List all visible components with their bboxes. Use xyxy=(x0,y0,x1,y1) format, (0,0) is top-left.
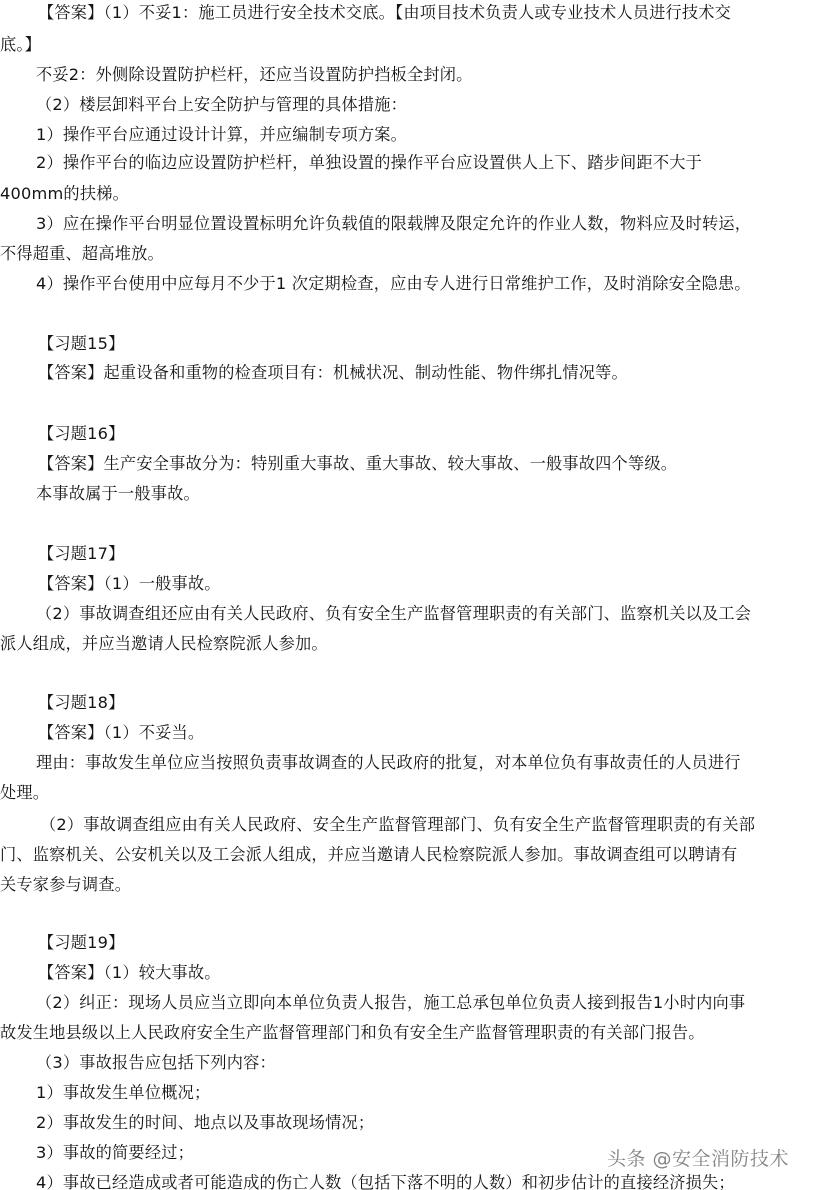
text-line: 2）事故发生的时间、地点以及事故现场情况； xyxy=(36,1112,374,1134)
text-line: 本事故属于一般事故。 xyxy=(36,483,200,505)
document-page: 【答案】（1）不妥1：施工员进行安全技术交底。【由项目技术负责人或专业技术人员进… xyxy=(0,0,820,1190)
text-line: 1）操作平台应通过设计计算，并应编制专项方案。 xyxy=(36,124,407,146)
text-line: 【习题19】 xyxy=(38,932,125,954)
text-line: （2）楼层卸料平台上安全防护与管理的具体措施： xyxy=(36,94,407,116)
text-line: 【习题17】 xyxy=(38,543,125,565)
text-line: 门、监察机关、公安机关以及工会派人组成，并应当邀请人民检察院派人参加。事故调查组… xyxy=(0,844,737,866)
text-line: 【答案】（1）较大事故。 xyxy=(38,962,221,984)
text-line: 400mm的扶梯。 xyxy=(0,183,129,205)
text-line: （2）事故调查组还应由有关人民政府、负有安全生产监督管理职责的有关部门、监察机关… xyxy=(36,603,751,625)
text-line: 故发生地县级以上人民政府安全生产监督管理部门和负有安全生产监督管理职责的有关部门… xyxy=(0,1022,705,1044)
text-line: 不得超重、超高堆放。 xyxy=(0,243,164,265)
text-line: （2）纠正：现场人员应当立即向本单位负责人报告，施工总承包单位负责人接到报告1小… xyxy=(36,992,745,1014)
text-line: 1）事故发生单位概况； xyxy=(36,1082,210,1104)
text-line: 3）应在操作平台明显位置设置标明允许负载值的限载牌及限定允许的作业人数，物料应及… xyxy=(36,213,751,235)
text-line: 4）事故已经造成或者可能造成的伤亡人数（包括下落不明的人数）和初步估计的直接经济… xyxy=(36,1172,735,1190)
text-line: 【习题18】 xyxy=(38,692,125,714)
text-line: 3）事故的简要经过； xyxy=(36,1142,194,1164)
text-line: 关专家参与调查。 xyxy=(0,874,131,896)
text-line: 【答案】起重设备和重物的检查项目有：机械状况、制动性能、物件绑扎情况等。 xyxy=(38,362,628,384)
text-line: （2）事故调查组应由有关人民政府、安全生产监督管理部门、负有安全生产监督管理职责… xyxy=(40,814,755,836)
text-line: （3）事故报告应包括下列内容： xyxy=(36,1052,276,1074)
text-line: 【习题15】 xyxy=(38,333,125,355)
text-line: 处理。 xyxy=(0,782,49,804)
text-line: 【答案】（1）不妥1：施工员进行安全技术交底。【由项目技术负责人或专业技术人员进… xyxy=(38,2,731,24)
text-line: 【习题16】 xyxy=(38,423,125,445)
text-line: 【答案】生产安全事故分为：特别重大事故、重大事故、较大事故、一般事故四个等级。 xyxy=(38,453,677,475)
text-line: 【答案】（1）不妥当。 xyxy=(38,722,204,744)
text-line: 2）操作平台的临边应设置防护栏杆，单独设置的操作平台应设置供人上下、踏步间距不大… xyxy=(36,152,702,174)
text-line: 【答案】（1）一般事故。 xyxy=(38,573,221,595)
text-line: 理由：事故发生单位应当按照负责事故调查的人民政府的批复，对本单位负有事故责任的人… xyxy=(36,752,741,774)
text-line: 底。】 xyxy=(0,34,41,56)
watermark: 头条 @安全消防技术 xyxy=(607,1147,789,1171)
text-line: 4）操作平台使用中应每月不少于1 次定期检查，应由专人进行日常维护工作，及时消除… xyxy=(36,273,751,295)
text-line: 派人组成，并应当邀请人民检察院派人参加。 xyxy=(0,633,328,655)
text-line: 不妥2：外侧除设置防护栏杆，还应当设置防护挡板全封闭。 xyxy=(36,64,473,86)
